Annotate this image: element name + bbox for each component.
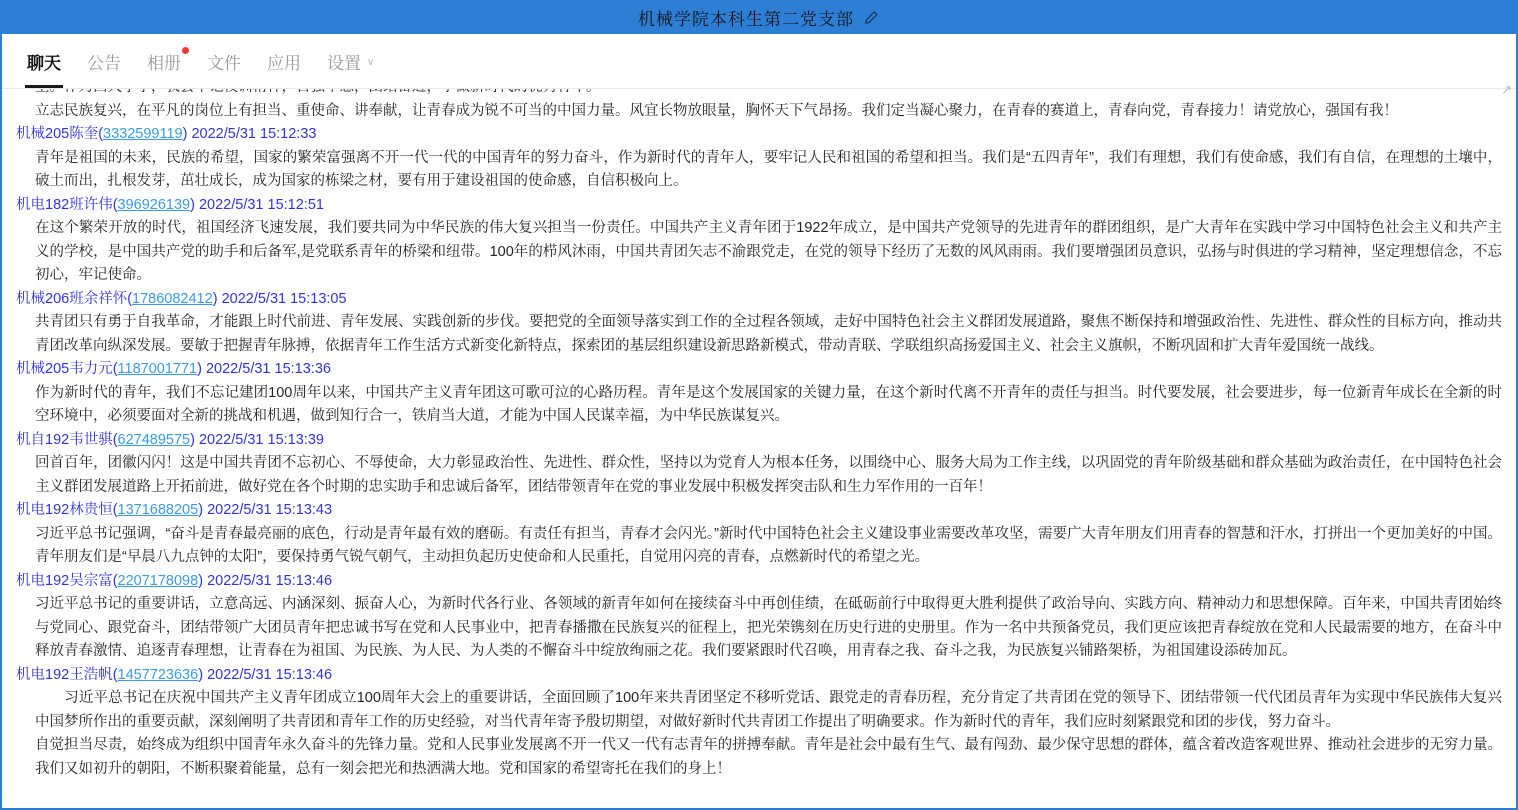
qq-number-link[interactable]: 1786082412 — [132, 291, 213, 307]
group-title: 机械学院本科生第二党支部 — [638, 5, 854, 30]
tab-label: 应用 — [267, 49, 301, 74]
tab-label: 设置 — [327, 49, 361, 74]
message-sender-line: 机电182班许伟(396926139) 2022/5/31 15:12:51 — [16, 194, 1502, 218]
tab-files[interactable]: 文件 — [194, 34, 254, 88]
sender-name: 机电182班许伟 — [16, 197, 113, 213]
message-text: 立志民族复兴，在平凡的岗位上有担当、重使命、讲奉献，让青春成为锐不可当的中国力量… — [35, 100, 1502, 124]
qq-number-link[interactable]: 1187001771 — [118, 361, 198, 377]
message-time: 2022/5/31 15:13:46 — [207, 667, 332, 683]
message-text: 在这个繁荣开放的时代，祖国经济飞速发展，我们要共同为中华民族的伟大复兴担当一份责… — [35, 217, 1502, 288]
message-time: 2022/5/31 15:13:05 — [222, 291, 347, 307]
tab-label: 相册 — [147, 49, 181, 74]
message-text: 习近平总书记强调，“奋斗是青春最亮丽的底色，行动是青年最有效的磨砺。有责任有担当… — [35, 523, 1502, 570]
message-sender-line: 机电192吴宗富(2207178098) 2022/5/31 15:13:46 — [16, 570, 1502, 594]
message-time: 2022/5/31 15:13:43 — [207, 502, 332, 518]
window-frame: 聊天公告相册文件应用设置∨ 上。作为西大学子，我会牢记校训精神，自强不息，团结奋… — [0, 34, 1518, 810]
tab-album[interactable]: 相册 — [134, 34, 194, 88]
qq-number-link[interactable]: 396926139 — [118, 197, 191, 213]
sender-name: 机自192韦世骐 — [16, 432, 113, 448]
edit-title-icon[interactable] — [863, 9, 880, 26]
qq-number-link[interactable]: 1457723636 — [118, 667, 199, 683]
tab-label: 文件 — [207, 49, 241, 74]
sender-name: 机械206班余祥怀 — [16, 291, 127, 307]
tab-apps[interactable]: 应用 — [254, 34, 314, 88]
message-sender-line: 机械206班余祥怀(1786082412) 2022/5/31 15:13:05 — [16, 288, 1502, 312]
tab-label: 公告 — [87, 49, 121, 74]
sender-name: 机电192王浩帆 — [16, 667, 113, 683]
sender-name: 机械205陈奎 — [16, 126, 98, 142]
message-text: 青年是祖国的未来，民族的希望，国家的繁荣富强离不开一代一代的中国青年的努力奋斗，… — [35, 147, 1502, 194]
window-titlebar: 机械学院本科生第二党支部 — [0, 0, 1518, 34]
message-sender-line: 机械205韦力元(1187001771) 2022/5/31 15:13:36 — [16, 358, 1502, 382]
tab-label: 聊天 — [27, 49, 61, 74]
qq-number-link[interactable]: 627489575 — [118, 432, 191, 448]
sender-name: 机电192林贵恒 — [16, 502, 113, 518]
corner-arrow-icon: ↗ — [1501, 83, 1512, 96]
chat-history[interactable]: 上。作为西大学子，我会牢记校训精神，自强不息，团结奋进，争做新时代的优秀青年。立… — [2, 89, 1516, 808]
qq-number-link[interactable]: 3332599119 — [103, 126, 183, 142]
message-text: 习近平总书记的重要讲话，立意高远、内涵深刻、振奋人心，为新时代各行业、各领域的新… — [35, 593, 1502, 664]
message-sender-line: 机械205陈奎(3332599119) 2022/5/31 15:12:33 — [16, 123, 1502, 147]
pencil-icon — [863, 9, 880, 26]
qq-number-link[interactable]: 1371688205 — [118, 502, 199, 518]
sender-name: 机电192吴宗富 — [16, 573, 113, 589]
message-sender-line: 机电192林贵恒(1371688205) 2022/5/31 15:13:43 — [16, 499, 1502, 523]
notification-dot — [182, 47, 189, 54]
tab-bar: 聊天公告相册文件应用设置∨ — [2, 34, 1516, 89]
message-sender-line: 机自192韦世骐(627489575) 2022/5/31 15:13:39 — [16, 429, 1502, 453]
message-time: 2022/5/31 15:12:33 — [191, 126, 316, 142]
message-text: 自觉担当尽责，始终成为组织中国青年永久奋斗的先锋力量。党和人民事业发展离不开一代… — [35, 734, 1502, 781]
message-time: 2022/5/31 15:13:36 — [206, 361, 331, 377]
message-text: 回首百年，团徽闪闪！这是中国共青团不忘初心、不辱使命，大力彰显政治性、先进性、群… — [35, 452, 1502, 499]
message-time: 2022/5/31 15:13:39 — [199, 432, 324, 448]
message-time: 2022/5/31 15:13:46 — [207, 573, 332, 589]
message-text: 上。作为西大学子，我会牢记校训精神，自强不息，团结奋进，争做新时代的优秀青年。 — [35, 89, 1502, 100]
chat-messages: 上。作为西大学子，我会牢记校训精神，自强不息，团结奋进，争做新时代的优秀青年。立… — [16, 89, 1502, 781]
message-sender-line: 机电192王浩帆(1457723636) 2022/5/31 15:13:46 — [16, 664, 1502, 688]
tab-chat[interactable]: 聊天 — [14, 34, 74, 88]
tab-announcements[interactable]: 公告 — [74, 34, 134, 88]
chevron-down-icon: ∨ — [367, 57, 374, 68]
qq-number-link[interactable]: 2207178098 — [118, 573, 199, 589]
sender-name: 机械205韦力元 — [16, 361, 113, 377]
message-time: 2022/5/31 15:12:51 — [199, 197, 324, 213]
tab-settings[interactable]: 设置∨ — [314, 34, 387, 88]
message-text: 作为新时代的青年，我们不忘记建团100周年以来，中国共产主义青年团这可歌可泣的心… — [35, 382, 1502, 429]
message-text: 共青团只有勇于自我革命，才能跟上时代前进、青年发展、实践创新的步伐。要把党的全面… — [35, 311, 1502, 358]
message-text: 习近平总书记在庆祝中国共产主义青年团成立100周年大会上的重要讲话，全面回顾了1… — [35, 687, 1502, 734]
